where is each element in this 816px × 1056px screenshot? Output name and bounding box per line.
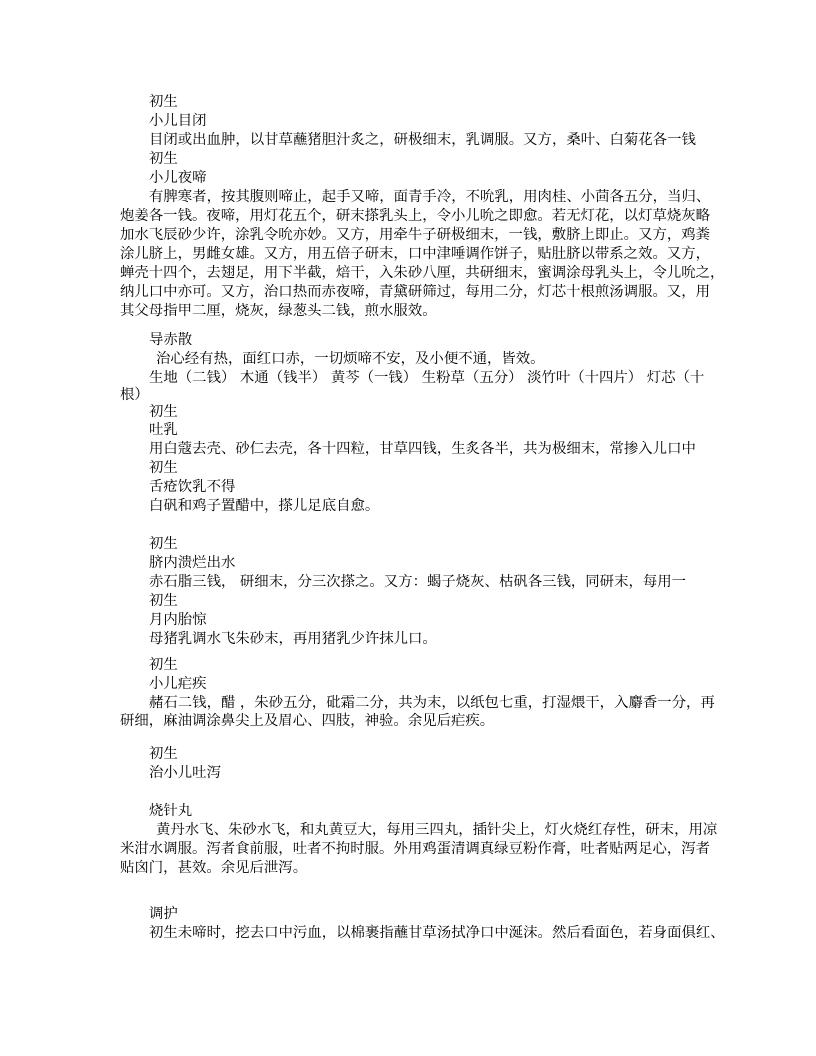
text-line: 有脾寒者，按其腹则啼止，起手又啼，面青手冷，不吮乳，用肉桂、小茴各五分，当归、 [149,188,700,207]
text-line: 初生 [149,592,700,611]
text-line: 蝉壳十四个，去翅足，用下半截，焙干，入朱砂八厘，共研细末，蜜调涂母乳头上，令儿吮… [120,264,700,283]
text-line: 米泔水调服。泻者食前服，吐者不拘时服。外用鸡蛋清调真绿豆粉作膏，吐者贴两足心，泻… [120,840,700,859]
text-line: 炮姜各一钱。夜啼，用灯花五个，研末搽乳头上，令小儿吮之即愈。若无灯花，以灯草烧灰… [120,207,700,226]
text-line: 黄丹水飞、朱砂水飞，和丸黄豆大，每用三四丸，插针尖上，灯火烧红存性，研末，用凉 [156,821,700,840]
text-line: 初生 [149,403,700,422]
text-line: 脐内溃烂出水 [149,554,700,573]
text-line: 小儿夜啼 [149,169,700,188]
text-line: 贴囟门，甚效。余见后泄泻。 [120,859,700,878]
text-line: 白矾和鸡子置醋中，搽儿足底自愈。 [149,497,700,516]
text-line: 治心经有热，面红口赤，一切烦啼不安，及小便不通，皆效。 [156,350,700,369]
text-line: 初生 [149,656,700,675]
text-line: 烧针丸 [149,802,700,821]
text-line: 导赤散 [149,331,700,350]
text-line: 纳儿口中亦可。又方，治口热而赤夜啼，青黛研筛过，每用二分，灯芯十根煎汤调服。又，… [120,283,700,302]
text-line: 治小儿吐泻 [149,764,700,783]
text-line: 赭石二钱，醋 ，朱砂五分，砒霜二分，共为末，以纸包七重，打湿煨干，入麝香一分，再 [149,694,700,713]
text-line: 其父母指甲二厘，烧灰，绿葱头二钱，煎水服效。 [120,302,700,321]
text-line: 赤石脂三钱， 研细末，分三次搽之。又方：蝎子烧灰、枯矾各三钱，同研末，每用一 [149,573,700,592]
text-line: 小儿目闭 [149,112,700,131]
text-line: 调护 [149,905,700,924]
text-line: 初生 [149,93,700,112]
text-line: 目闭或出血肿，以甘草蘸猪胆汁炙之，研极细末，乳调服。又方，桑叶、白菊花各一钱 [149,131,700,150]
text-line: 母猪乳调水飞朱砂末，再用猪乳少许抹儿口。 [149,630,700,649]
text-line: 加水飞辰砂少许，涂乳令吮亦妙。又方，用牵牛子研极细末，一钱，敷脐上即止。又方，鸡… [120,226,700,245]
text-line: 月内胎惊 [149,611,700,630]
text-line: 初生 [149,745,700,764]
text-line: 研细，麻油调涂鼻尖上及眉心、四肢，神验。余见后疟疾。 [120,712,700,731]
text-line: 吐乳 [149,421,700,440]
text-line: 涂儿脐上，男雌女雄。又方，用五倍子研末，口中津唾调作饼子，贴肚脐以带系之效。又方… [120,245,700,264]
text-line: 初生未啼时，挖去口中污血，以棉裹指蘸甘草汤拭净口中涎沫。然后看面色，若身面俱红、 [149,924,700,943]
text-line: 舌疮饮乳不得 [149,478,700,497]
text-line: 小儿疟疾 [149,675,700,694]
document-page: 初生小儿目闭目闭或出血肿，以甘草蘸猪胆汁炙之，研极细末，乳调服。又方，桑叶、白菊… [0,0,816,1056]
text-line: 初生 [149,535,700,554]
text-line: 初生 [149,150,700,169]
text-line: 初生 [149,459,700,478]
text-line: 用白蔻去壳、砂仁去壳，各十四粒，甘草四钱，生炙各半，共为极细末，常掺入儿口中 [149,440,700,459]
